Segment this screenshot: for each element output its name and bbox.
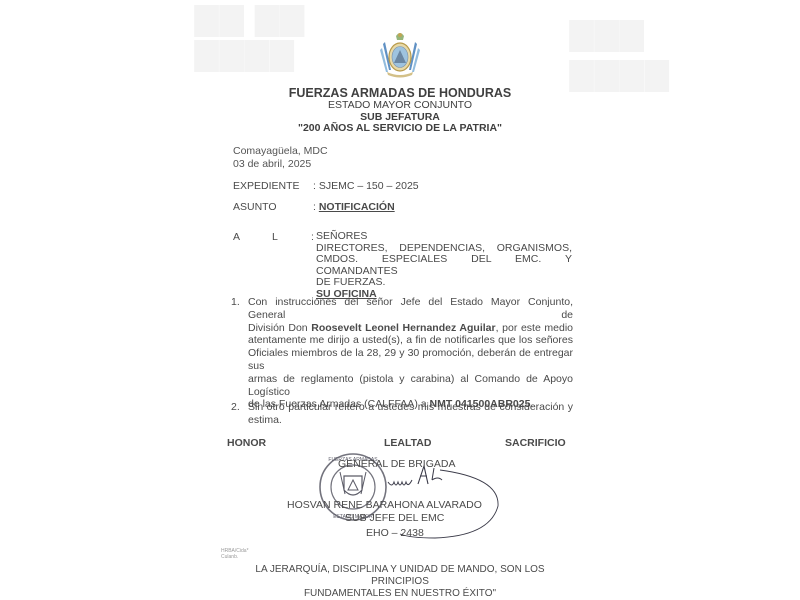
organization-name: FUERZAS ARMADAS DE HONDURAS — [230, 86, 570, 100]
motto-lealtad: LEALTAD — [384, 437, 431, 449]
paragraph-number: 1. — [231, 296, 240, 309]
bleed-through-text: ▇▇▇▇ — [570, 60, 670, 90]
reference-initials: HRBA/Cida* Culanb. — [221, 548, 249, 560]
paragraph-text: , por este medio — [496, 322, 573, 334]
paragraph-line: armas de reglamento (pistola y carabina)… — [248, 373, 573, 399]
place: Comayagüela, MDC — [233, 145, 328, 158]
asunto-value-wrap: : NOTIFICACIÓN — [313, 201, 395, 213]
addressee-block: SEÑORES DIRECTORES, DEPENDENCIAS, ORGANI… — [316, 231, 572, 300]
footer-line: FUNDAMENTALES EN NUESTRO ÉXITO" — [230, 588, 570, 600]
paragraph-line: Oficiales miembros de la 28, 29 y 30 pro… — [248, 347, 573, 373]
addressee-label-l: L — [272, 231, 278, 243]
paragraph-line: División Don Roosevelt Leonel Hernandez … — [248, 322, 573, 335]
addressee-colon: : — [311, 231, 314, 243]
footer-line: LA JERARQUÍA, DISCIPLINA Y UNIDAD DE MAN… — [230, 564, 570, 588]
paragraph-line: Con instrucciones del señor Jefe del Est… — [248, 296, 573, 322]
paragraph-body: Sin otro particular reitero a ustedes mi… — [248, 401, 573, 427]
initials-line: Culanb. — [221, 554, 249, 560]
bleed-through-text: ▇▇ ▇▇ — [195, 5, 306, 35]
asunto-label: ASUNTO — [233, 201, 277, 213]
expediente-value: : SJEMC – 150 – 2025 — [313, 180, 419, 192]
signatory-title: SUB JEFE DEL EMC — [345, 512, 444, 524]
asunto-value: NOTIFICACIÓN — [319, 201, 395, 213]
paragraph-text: División Don — [248, 322, 311, 334]
paragraph-number: 2. — [231, 401, 240, 414]
department-name: ESTADO MAYOR CONJUNTO — [230, 100, 570, 112]
addressee-line: DE FUERZAS. — [316, 277, 572, 289]
signatory-name: HOSVAN RENE BARAHONA ALVARADO — [287, 499, 482, 511]
motto-honor: HONOR — [227, 437, 266, 449]
paragraph-body: Con instrucciones del señor Jefe del Est… — [248, 296, 573, 411]
document-page: ▇▇ ▇▇ ▇▇▇▇ ▇▇▇ ▇▇▇▇ FUERZAS ARMADAS DE H… — [0, 0, 800, 600]
signatory-rank: GENERAL DE BRIGADA — [338, 458, 455, 470]
date: 03 de abril, 2025 — [233, 158, 328, 171]
bleed-through-text: ▇▇▇▇ — [195, 40, 295, 70]
motto-sacrificio: SACRIFICIO — [505, 437, 566, 449]
crest-icon — [379, 30, 421, 80]
chief-name: Roosevelt Leonel Hernandez Aguilar — [311, 322, 495, 334]
letterhead: FUERZAS ARMADAS DE HONDURAS ESTADO MAYOR… — [230, 86, 570, 135]
bleed-through-text: ▇▇▇ — [570, 20, 645, 50]
asunto-colon: : — [313, 201, 316, 213]
paragraph-line: atentamente me dirijo a usted(s), a fin … — [248, 334, 573, 347]
addressee-label-a: A — [233, 231, 240, 243]
paragraph-line: Sin otro particular reitero a ustedes mi… — [248, 401, 573, 414]
signatory-id: EHO – 2438 — [366, 527, 424, 539]
addressee-line: SEÑORES — [316, 231, 572, 243]
place-date: Comayagüela, MDC 03 de abril, 2025 — [233, 145, 328, 170]
footer-motto: LA JERARQUÍA, DISCIPLINA Y UNIDAD DE MAN… — [230, 564, 570, 600]
paragraph-line: estima. — [248, 414, 573, 427]
slogan: "200 AÑOS AL SERVICIO DE LA PATRIA" — [230, 123, 570, 135]
expediente-label: EXPEDIENTE — [233, 180, 300, 192]
addressee-line: CMDOS. ESPECIALES DEL EMC. Y COMANDANTES — [316, 254, 572, 277]
